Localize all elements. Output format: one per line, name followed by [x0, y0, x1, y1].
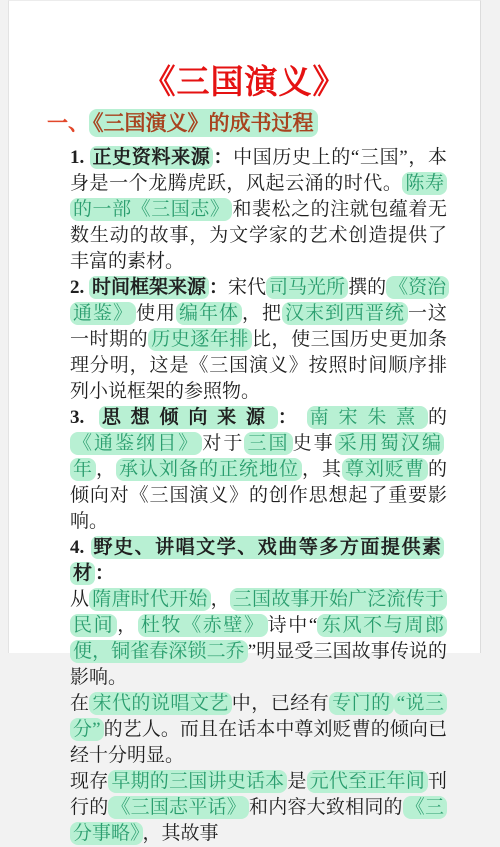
body-text: ，其 — [302, 459, 342, 480]
item-number: 1. — [70, 147, 90, 168]
paragraph: 2. 时间框架来源：宋代司马光所撰的《资治通鉴》使用编年体，把汉末到西晋统一这一… — [70, 275, 447, 405]
highlighted-text: 司马光所 — [266, 276, 348, 299]
item-number: 3. — [70, 407, 99, 428]
body-text: 从 — [70, 589, 89, 610]
item-number: 4. — [70, 537, 91, 558]
body-text: 宋代 — [228, 277, 266, 298]
highlighted-text: 汉末到西晋统 — [282, 302, 408, 325]
section-number: 一、 — [47, 111, 89, 135]
item-number: 2. — [70, 277, 89, 298]
bold-highlighted-heading: 正史资料来源 — [90, 146, 214, 169]
body-text: 撰的 — [348, 277, 386, 298]
bold-text: ： — [213, 147, 233, 168]
bold-highlighted-heading: 思想倾向来源 — [99, 406, 278, 429]
body-text: 的 — [428, 407, 447, 428]
body-text: ， — [211, 589, 230, 610]
section-heading: 一、《三国演义》的成书过程 — [47, 109, 480, 137]
highlighted-text: 杜牧《赤壁》 — [138, 614, 268, 637]
body-text: ， — [117, 615, 138, 636]
bold-text: ： — [95, 563, 114, 584]
body-text: 对于 — [202, 433, 244, 454]
paragraph: 4. 野史、讲唱文学、戏曲等多方面提供素材： — [70, 535, 447, 587]
paragraph: 3. 思想倾向来源：南宋朱熹的《通鉴纲目》对于三国史事采用蜀汉编年，承认刘备的正… — [70, 405, 447, 535]
body-text: 诗中“ — [268, 615, 318, 636]
highlighted-text: 三国 — [244, 432, 292, 455]
highlighted-text: 南宋朱熹 — [307, 406, 428, 429]
page-title: 《三国演义》 — [9, 56, 480, 103]
highlighted-text: 尊刘贬曹 — [342, 458, 428, 481]
body-text: ， — [96, 459, 116, 480]
body-text: 使用 — [136, 303, 176, 324]
section-heading-highlighted-text: 《三国演义》的成书过程 — [89, 109, 318, 137]
paragraph: 1. 正史资料来源：中国历史上的“三国”，本身是一个龙腾虎跃，风起云涌的时代。陈… — [70, 145, 447, 275]
body-text: 史事 — [293, 433, 335, 454]
highlighted-text: 历史逐年排 — [148, 328, 252, 351]
document-page: 《三国演义》 一、《三国演义》的成书过程 1. 正史资料来源：中国历史上的“三国… — [8, 0, 481, 653]
highlighted-text: 隋唐时代开始 — [89, 588, 210, 611]
bold-text: ： — [209, 277, 228, 298]
bold-highlighted-heading: 时间框架来源 — [89, 276, 209, 299]
paragraph: 从隋唐时代开始，三国故事开始广泛流传于民间，杜牧《赤壁》诗中“东风不与周郎便，铜… — [70, 587, 447, 653]
highlighted-text: 承认刘备的正统地位 — [116, 458, 302, 481]
bold-text: ： — [278, 407, 307, 428]
highlighted-text: 编年体 — [176, 302, 242, 325]
bold-highlighted-heading: 野史、讲唱文学、戏曲等多方面提供素材 — [70, 536, 444, 585]
highlighted-text: 《通鉴纲目》 — [70, 432, 202, 455]
content: 1. 正史资料来源：中国历史上的“三国”，本身是一个龙腾虎跃，风起云涌的时代。陈… — [70, 145, 447, 653]
body-text: ，把 — [242, 303, 282, 324]
